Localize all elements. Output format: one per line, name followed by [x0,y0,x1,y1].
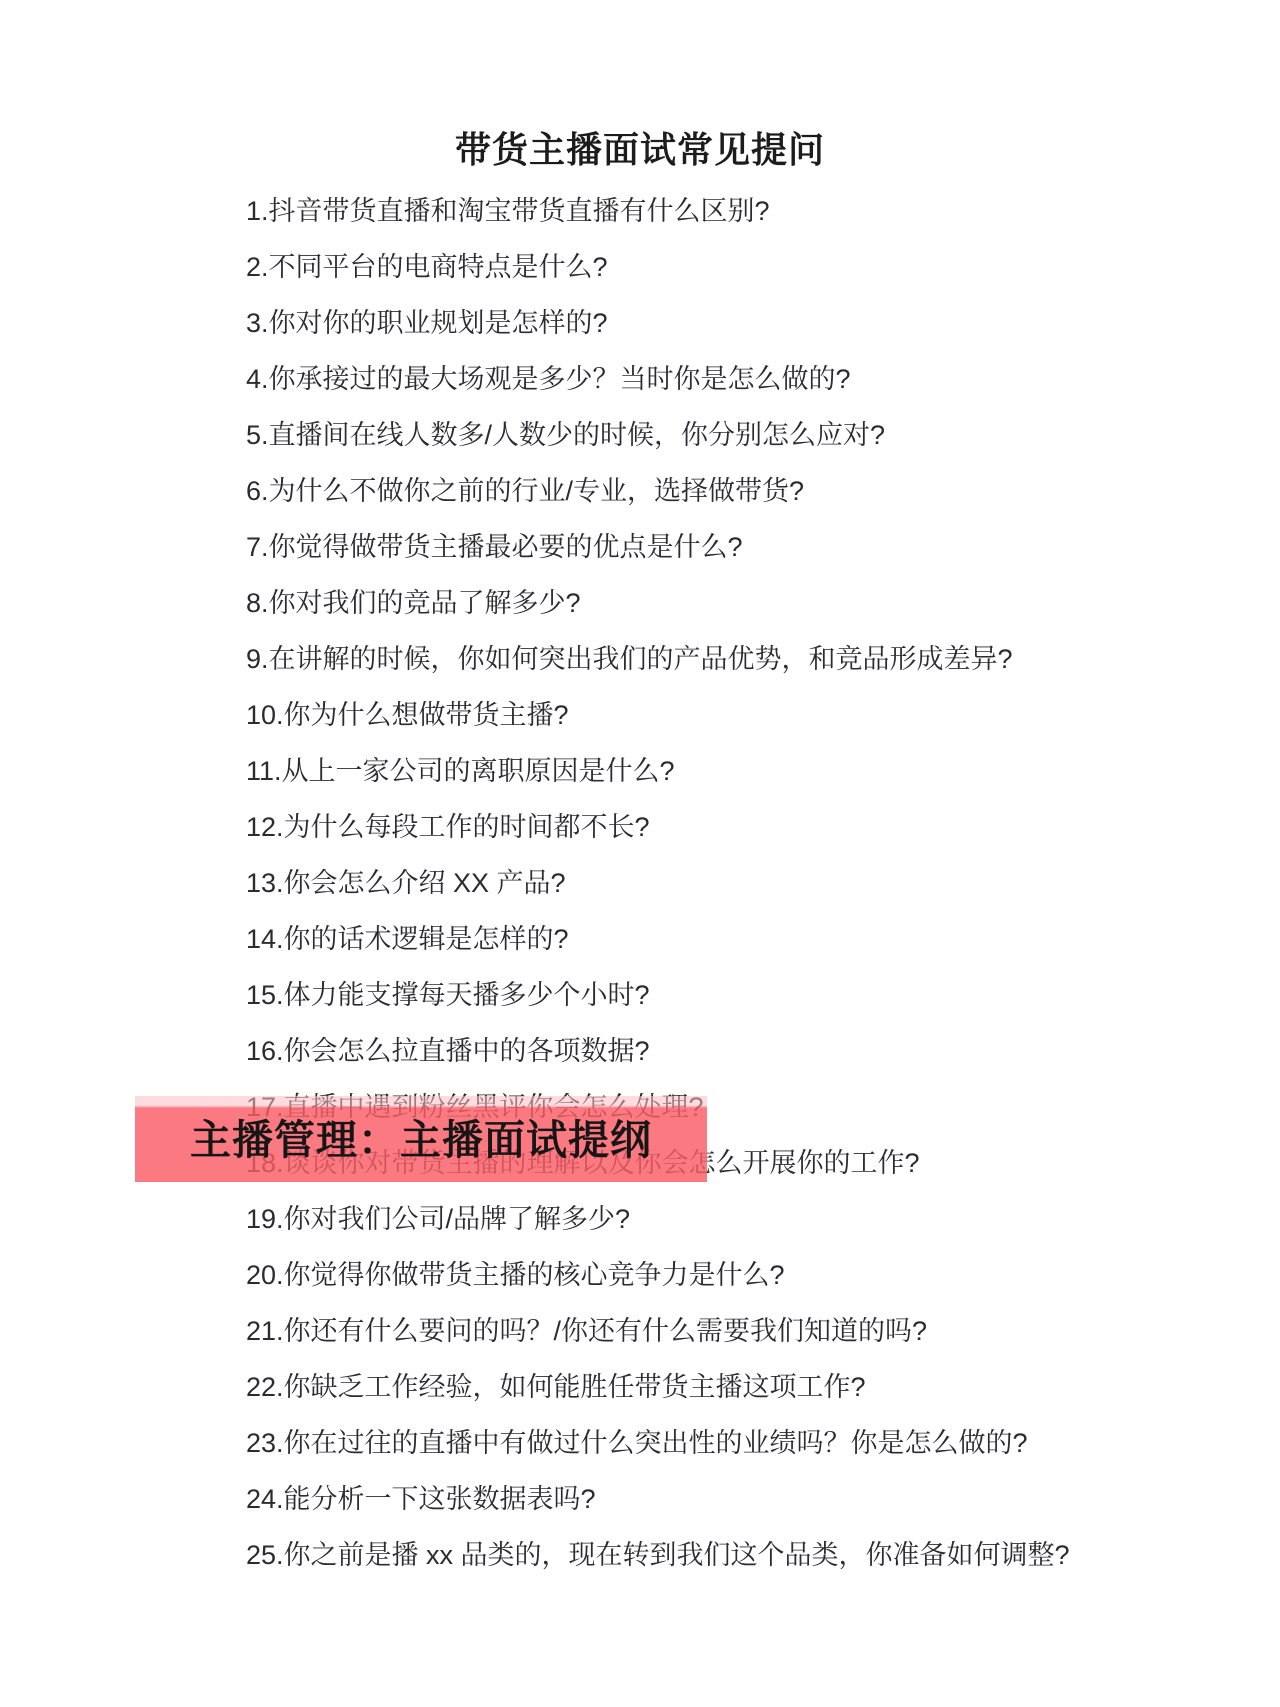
question-list: 1.抖音带货直播和淘宝带货直播有什么区别?2.不同平台的电商特点是什么?3.你对… [0,183,1280,1583]
question-item: 6.为什么不做你之前的行业/专业，选择做带货? [246,463,1240,519]
question-item: 21.你还有什么要问的吗？/你还有什么需要我们知道的吗? [246,1303,1240,1359]
question-item: 2.不同平台的电商特点是什么? [246,239,1240,295]
overlay-banner: 主播管理：主播面试提纲 [135,1096,707,1182]
question-item: 19.你对我们公司/品牌了解多少? [246,1191,1240,1247]
question-item: 11.从上一家公司的离职原因是什么? [246,743,1240,799]
question-item: 22.你缺乏工作经验，如何能胜任带货主播这项工作? [246,1359,1240,1415]
question-item: 23.你在过往的直播中有做过什么突出性的业绩吗？你是怎么做的? [246,1415,1240,1471]
question-item: 20.你觉得你做带货主播的核心竞争力是什么? [246,1247,1240,1303]
document-page: 带货主播面试常见提问 1.抖音带货直播和淘宝带货直播有什么区别?2.不同平台的电… [0,0,1280,1707]
question-item: 8.你对我们的竞品了解多少? [246,575,1240,631]
document-title: 带货主播面试常见提问 [0,0,1280,171]
question-item: 3.你对你的职业规划是怎样的? [246,295,1240,351]
question-item: 9.在讲解的时候，你如何突出我们的产品优势，和竞品形成差异? [246,631,1240,687]
question-item: 1.抖音带货直播和淘宝带货直播有什么区别? [246,183,1240,239]
question-item: 13.你会怎么介绍 XX 产品? [246,855,1240,911]
question-item: 24.能分析一下这张数据表吗? [246,1471,1240,1527]
overlay-banner-label: 主播管理：主播面试提纲 [190,1117,652,1163]
question-item: 4.你承接过的最大场观是多少？当时你是怎么做的? [246,351,1240,407]
question-item: 25.你之前是播 xx 品类的，现在转到我们这个品类，你准备如何调整? [246,1527,1240,1583]
question-item: 15.体力能支撑每天播多少个小时? [246,967,1240,1023]
question-item: 5.直播间在线人数多/人数少的时候，你分别怎么应对? [246,407,1240,463]
question-item: 7.你觉得做带货主播最必要的优点是什么? [246,519,1240,575]
question-item: 10.你为什么想做带货主播? [246,687,1240,743]
question-item: 12.为什么每段工作的时间都不长? [246,799,1240,855]
question-item: 14.你的话术逻辑是怎样的? [246,911,1240,967]
question-item: 16.你会怎么拉直播中的各项数据? [246,1023,1240,1079]
